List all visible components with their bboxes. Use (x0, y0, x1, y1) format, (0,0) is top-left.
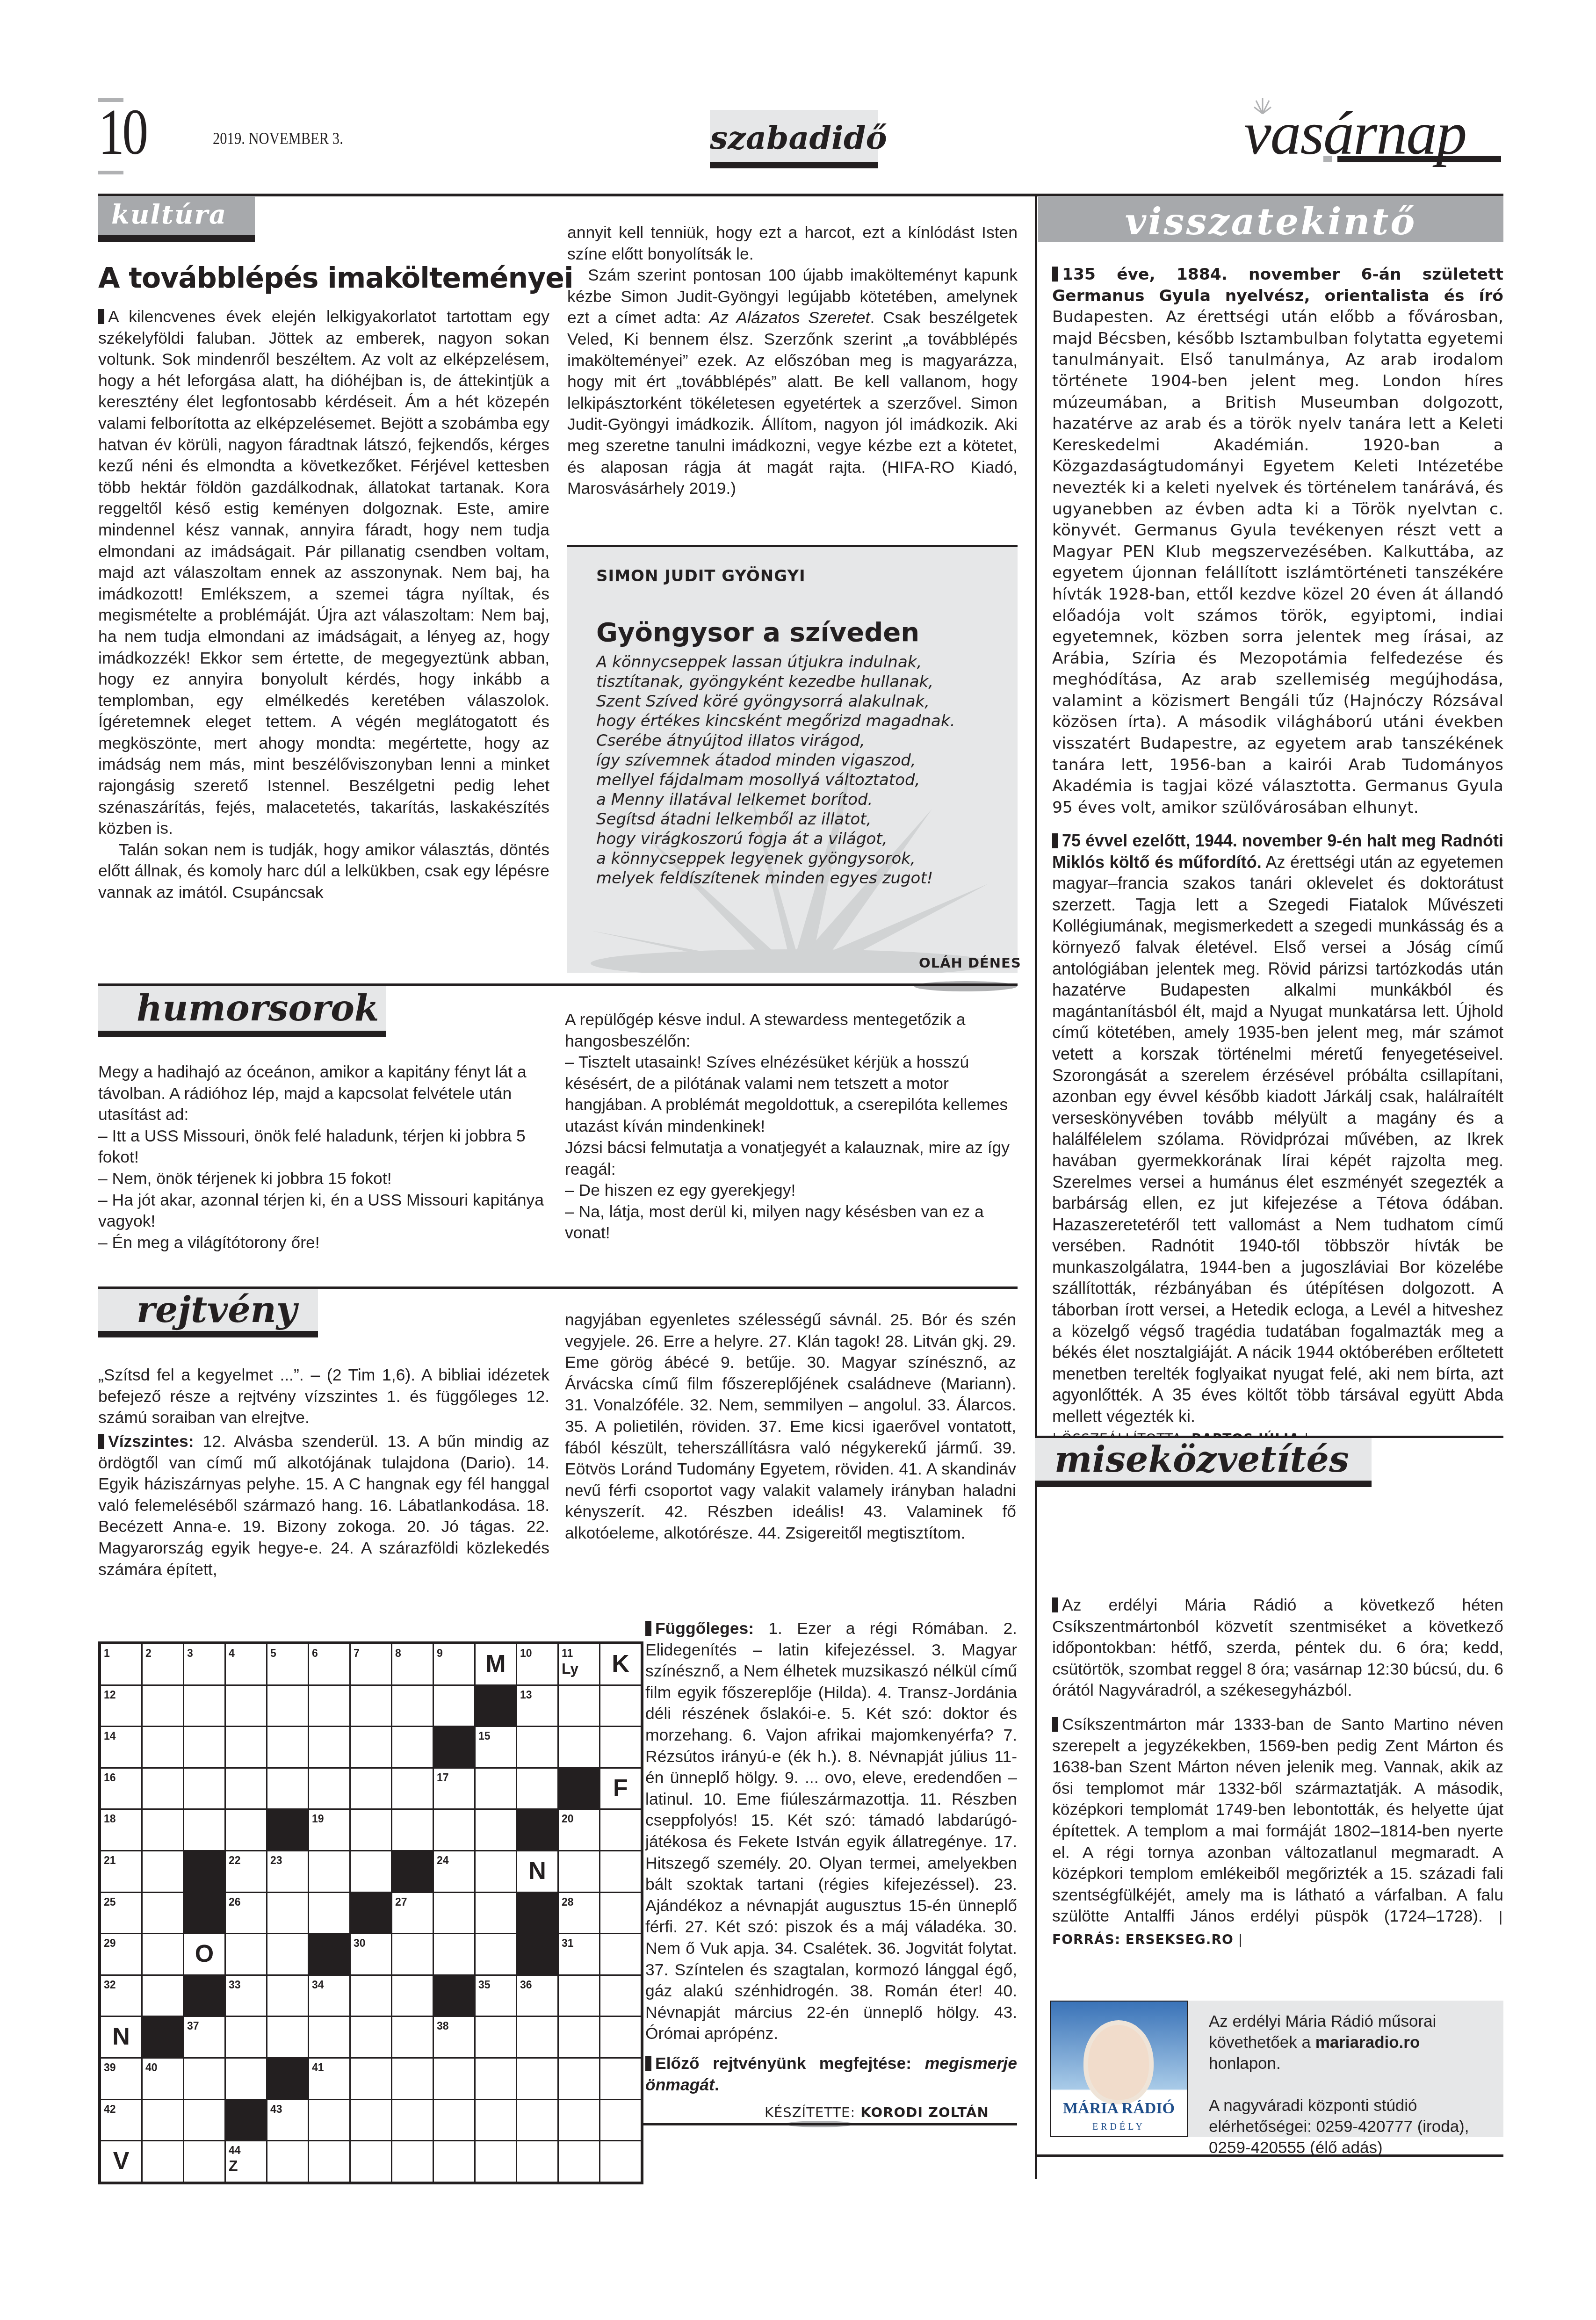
crossword-cell[interactable] (517, 2100, 557, 2140)
puzzle-across-clues-cont: nagyjában egyenletes szélességű sávnál. … (565, 1309, 1016, 1544)
crossword-cell[interactable] (184, 2141, 224, 2182)
crossword-cell[interactable] (267, 2141, 308, 2182)
crossword-cell[interactable]: 5 (267, 1644, 308, 1684)
crossword-cell[interactable] (600, 2059, 641, 2099)
crossword-cell[interactable]: 23 (267, 1851, 308, 1892)
article-paragraph: A kilencvenes évek elején lelkigyakorlat… (98, 307, 549, 838)
crossword-cell[interactable] (143, 1769, 183, 1809)
crossword-cell[interactable]: N (101, 2017, 141, 2057)
crossword-cell[interactable]: 35 (476, 1976, 516, 2016)
crossword-cell[interactable] (184, 1686, 224, 1726)
puzzle-across-clues: Vízszintes: 12. Alvásba szenderül. 13. A… (98, 1431, 549, 1580)
crossword-cell[interactable] (309, 2017, 349, 2057)
crossword-cell[interactable] (434, 1893, 474, 1933)
crossword-cell (476, 1686, 516, 1726)
crossword-cell[interactable] (559, 2100, 599, 2140)
crossword-cell[interactable]: 7 (351, 1644, 391, 1684)
crossword-cell[interactable]: 8 (392, 1644, 433, 1684)
crossword-grid[interactable]: 123456789M1011LyK121314151617F1819202122… (98, 1641, 643, 2184)
poem-line: tisztítanak, gyöngyként kezedbe hullanak… (596, 672, 955, 692)
paragraph-marker (1052, 1597, 1058, 1612)
crossword-cell[interactable] (476, 1810, 516, 1850)
crossword-cell[interactable]: 24 (434, 1851, 474, 1892)
crossword-cell[interactable] (600, 1727, 641, 1767)
down-label: Függőleges: (655, 1619, 754, 1638)
section-title: szabadidő (710, 119, 887, 157)
crossword-cell[interactable] (392, 1727, 433, 1767)
byline-ellipse (914, 981, 1017, 991)
crossword-cell[interactable]: 2 (143, 1644, 183, 1684)
crossword-cell[interactable] (267, 2017, 308, 2057)
crossword-cell[interactable] (351, 1976, 391, 2016)
crossword-cell[interactable] (184, 2059, 224, 2099)
poem-line: a könnycseppek legyenek gyöngysorok, (596, 849, 955, 868)
crossword-cell[interactable] (309, 1851, 349, 1892)
crossword-cell (517, 1893, 557, 1933)
joke-line: – Ha jót akar, azonnal térjen ki, én a U… (98, 1190, 561, 1232)
crossword-cell[interactable]: 37 (184, 2017, 224, 2057)
article-paragraph: Szám szerint pontosan 100 újabb imakölte… (567, 265, 1018, 499)
crossword-cell[interactable]: 40 (143, 2059, 183, 2099)
poem-line: hogy értékes kincsként megőrizd magadnak… (596, 711, 955, 731)
crossword-cell[interactable] (517, 2017, 557, 2057)
joke-line: – Nem, önök térjenek ki jobbra 15 fokot! (98, 1168, 561, 1190)
joke-1: Megy a hadihajó az óceánon, amikor a kap… (98, 1062, 561, 1253)
crossword-cell[interactable] (476, 2017, 516, 2057)
crossword-cell[interactable] (143, 2141, 183, 2182)
crossword-cell[interactable] (351, 1727, 391, 1767)
radio-website-link[interactable]: mariaradio.ro (1315, 2033, 1420, 2052)
crossword-cell[interactable] (476, 1934, 516, 1974)
joke-2: A repülőgép késve indul. A stewardess me… (565, 1009, 1028, 1137)
section-label-visszatekinto: visszatekintő (1038, 196, 1503, 242)
crossword-cell[interactable] (143, 1851, 183, 1892)
poem-line: hogy virágkoszorú fogja át a világot, (596, 829, 955, 849)
crossword-cell[interactable] (600, 1893, 641, 1933)
crossword-cell (143, 2017, 183, 2057)
mise-paragraph-2: Csíkszentmárton már 1333-ban de Santo Ma… (1052, 1714, 1503, 1951)
crossword-cell[interactable]: 27 (392, 1893, 433, 1933)
crossword-cell[interactable]: 28 (559, 1893, 599, 1933)
section-label-kultura: kultúra (98, 196, 255, 242)
joke-line: – Én meg a világítótorony őre! (98, 1232, 561, 1254)
crossword-cell[interactable]: 34 (309, 1976, 349, 2016)
crossword-cell[interactable] (517, 1769, 557, 1809)
poem-line: Szent Szíved köré gyöngysorrá alakulnak, (596, 692, 955, 711)
section-rule (1035, 2154, 1503, 2157)
crossword-cell[interactable] (351, 1769, 391, 1809)
crossword-cell (517, 1810, 557, 1850)
joke-line: – Itt a USS Missouri, önök felé haladunk… (98, 1126, 561, 1168)
crossword-cell[interactable] (351, 1810, 391, 1850)
paragraph-marker (1052, 833, 1058, 848)
crossword-cell[interactable]: 1 (101, 1644, 141, 1684)
crossword-cell[interactable]: 15 (476, 1727, 516, 1767)
section-label-rejtveny: rejtvény (98, 1289, 318, 1337)
crossword-cell[interactable] (392, 2141, 433, 2182)
crossword-cell[interactable] (600, 1934, 641, 1974)
poem-author: SIMON JUDIT GYÖNGYI (596, 567, 806, 585)
joke-line: Józsi bácsi felmutatja a vonatjegyét a k… (565, 1137, 1028, 1180)
crossword-cell[interactable]: 42 (101, 2100, 141, 2140)
crossword-cell[interactable] (476, 1769, 516, 1809)
crossword-cell[interactable] (392, 2017, 433, 2057)
crossword-cell[interactable] (600, 1851, 641, 1892)
joke-line: – Na, látja, most derül ki, milyen nagy … (565, 1201, 1028, 1244)
crossword-cell (351, 1893, 391, 1933)
paragraph-marker (1052, 267, 1058, 282)
crossword-cell[interactable] (600, 1976, 641, 2016)
masthead-underline (1337, 156, 1501, 162)
crossword-cell[interactable] (476, 2141, 516, 2182)
crossword-cell[interactable] (267, 1686, 308, 1726)
crossword-cell[interactable]: 13 (517, 1686, 557, 1726)
crossword-cell[interactable]: 11Ly (559, 1644, 599, 1684)
crossword-cell[interactable] (226, 1686, 266, 1726)
poem-body: A könnycseppek lassan útjukra indulnak, … (596, 652, 955, 888)
poem-line: A könnycseppek lassan útjukra indulnak, (596, 652, 955, 672)
crossword-cell[interactable] (143, 1976, 183, 2016)
crossword-cell (267, 1810, 308, 1850)
paragraph-marker (98, 1434, 104, 1449)
crossword-cell[interactable]: 41 (309, 2059, 349, 2099)
crossword-cell[interactable] (143, 1727, 183, 1767)
crossword-cell[interactable] (226, 1934, 266, 1974)
paragraph-marker (645, 2056, 651, 2071)
crossword-cell[interactable] (267, 1727, 308, 1767)
crossword-cell[interactable] (351, 2141, 391, 2182)
crossword-cell[interactable] (143, 1686, 183, 1726)
crossword-cell (184, 1851, 224, 1892)
crossword-cell[interactable] (351, 2059, 391, 2099)
crossword-cell[interactable] (143, 1810, 183, 1850)
crossword-cell[interactable]: 3 (184, 1644, 224, 1684)
crossword-cell[interactable] (184, 1727, 224, 1767)
poem-line: a Menny illatával lelkemet borítod. (596, 790, 955, 809)
crossword-cell[interactable] (267, 1934, 308, 1974)
poem-title: Gyöngysor a szíveden (596, 617, 919, 648)
crossword-cell[interactable] (559, 1976, 599, 2016)
poem-line: Segítsd átadni lelkemből az illatot, (596, 809, 955, 829)
crossword-cell[interactable]: 30 (351, 1934, 391, 1974)
article-col2: annyit kell tenniük, hogy ezt a harcot, … (567, 222, 1018, 499)
joke-line: A repülőgép késve indul. A stewardess me… (565, 1009, 1028, 1052)
crossword-cell[interactable] (476, 1851, 516, 1892)
crossword-cell[interactable]: 32 (101, 1976, 141, 2016)
crossword-cell[interactable]: 36 (517, 1976, 557, 2016)
crossword-cell[interactable] (517, 2059, 557, 2099)
crossword-cell[interactable] (226, 1810, 266, 1850)
crossword-cell[interactable]: 22 (226, 1851, 266, 1892)
joke-line: Megy a hadihajó az óceánon, amikor a kap… (98, 1062, 561, 1126)
crossword-cell[interactable]: 20 (559, 1810, 599, 1850)
crossword-cell[interactable] (309, 1893, 349, 1933)
crossword-cell[interactable]: 9 (434, 1644, 474, 1684)
crossword-cell[interactable]: 43 (267, 2100, 308, 2140)
crossword-cell[interactable]: 12 (101, 1686, 141, 1726)
crossword-cell[interactable]: N (517, 1851, 557, 1892)
crossword-cell[interactable]: 6 (309, 1644, 349, 1684)
book-title: Az Alázatos Szeretet (709, 308, 870, 327)
crossword-cell[interactable] (517, 2141, 557, 2182)
section-label-misekozvetites: miseközvetítés (1035, 1438, 1372, 1487)
crossword-cell[interactable] (143, 2100, 183, 2140)
article-col1: A kilencvenes évek elején lelkigyakorlat… (98, 306, 549, 903)
crossword-cell[interactable] (434, 1686, 474, 1726)
puzzle-down-clues: Függőleges: 1. Ezer a régi Rómában. 2. E… (645, 1618, 1017, 2045)
crossword-cell[interactable] (143, 1893, 183, 1933)
crossword-cell (226, 2100, 266, 2140)
crossword-cell[interactable] (184, 2100, 224, 2140)
issue-date: 2019. NOVEMBER 3. (213, 129, 343, 148)
crossword-cell[interactable]: 14 (101, 1727, 141, 1767)
crossword-cell[interactable]: M (476, 1644, 516, 1684)
crossword-cell[interactable] (434, 2141, 474, 2182)
article-paragraph: Talán sokan nem is tudják, hogy amikor v… (98, 839, 549, 903)
anniversary-radnoti: 75 évvel ezelőtt, 1944. november 9-én ha… (1052, 830, 1503, 1449)
joke-line: – De hiszen ez egy gyerekjegy! (565, 1180, 1028, 1201)
crossword-cell (184, 1893, 224, 1933)
crossword-cell[interactable] (476, 2059, 516, 2099)
crossword-cell[interactable] (226, 1769, 266, 1809)
maria-radio-logo: MÁRIA RÁDIÓ ERDÉLY (1050, 2001, 1188, 2137)
crossword-cell[interactable] (434, 1934, 474, 1974)
joke-3: Józsi bácsi felmutatja a vonatjegyét a k… (565, 1137, 1028, 1244)
crossword-cell[interactable] (267, 1893, 308, 1933)
crossword-cell (184, 1976, 224, 2016)
crossword-cell[interactable]: 10 (517, 1644, 557, 1684)
crossword-cell[interactable]: 38 (434, 2017, 474, 2057)
section-label-humorsorok: humorsorok (98, 986, 386, 1037)
crossword-cell (267, 2059, 308, 2099)
crossword-cell[interactable] (392, 1769, 433, 1809)
crossword-cell[interactable] (434, 2100, 474, 2140)
crossword-cell[interactable] (434, 1810, 474, 1850)
section-label-text: visszatekintő (1038, 196, 1503, 248)
crossword-cell[interactable]: 4 (226, 1644, 266, 1684)
crossword-cell[interactable]: 31 (559, 1934, 599, 1974)
crossword-cell[interactable] (600, 1810, 641, 1850)
crossword-cell[interactable] (226, 2017, 266, 2057)
page-number-bar-bottom (98, 171, 123, 174)
paragraph-marker (1052, 1717, 1058, 1732)
crossword-cell (517, 1934, 557, 1974)
crossword-cell[interactable] (559, 2141, 599, 2182)
crossword-cell[interactable] (600, 2141, 641, 2182)
paragraph-marker (645, 1621, 651, 1636)
crossword-cell[interactable]: F (600, 1769, 641, 1809)
crossword-cell[interactable] (559, 2017, 599, 2057)
section-label-text: kultúra (98, 199, 227, 230)
radio-info-text: Az erdélyi Mária Rádió műsorai követhető… (1209, 2011, 1489, 2179)
previous-solution: Előző rejtvényünk megfejtése: megismerje… (645, 2053, 1017, 2096)
crossword-cell[interactable]: 21 (101, 1851, 141, 1892)
crossword-cell (434, 1727, 474, 1767)
crossword-cell[interactable] (559, 1727, 599, 1767)
section-label-text: rejtvény (98, 1289, 318, 1331)
madonna-image (1083, 2020, 1154, 2104)
crossword-cell[interactable] (309, 1727, 349, 1767)
crossword-cell[interactable] (600, 2017, 641, 2057)
crossword-cell[interactable]: 17 (434, 1769, 474, 1809)
crossword-cell[interactable]: 29 (101, 1934, 141, 1974)
crossword-cell[interactable] (309, 2141, 349, 2182)
puzzle-intro: „Szítsd fel a kegyelmet ...”. – (2 Tim 1… (98, 1365, 549, 1429)
paragraph-marker (98, 309, 104, 324)
crossword-cell[interactable] (392, 2059, 433, 2099)
crossword-cell[interactable] (559, 1686, 599, 1726)
joke-line: – Tisztelt utasaink! Szíves elnézésüket … (565, 1052, 1028, 1137)
crossword-cell[interactable] (351, 2017, 391, 2057)
crossword-cell[interactable]: 33 (226, 1976, 266, 2016)
column-divider (1035, 196, 1037, 2179)
crossword-cell[interactable] (600, 1686, 641, 1726)
crossword-cell[interactable] (392, 1810, 433, 1850)
article-paragraph: annyit kell tenniük, hogy ezt a harcot, … (567, 222, 1018, 265)
crossword-cell[interactable]: O (184, 1934, 224, 1974)
crossword-cell[interactable] (559, 1851, 599, 1892)
masthead-accent (1323, 156, 1332, 162)
crossword-cell[interactable]: 19 (309, 1810, 349, 1850)
crossword-cell[interactable]: 39 (101, 2059, 141, 2099)
radio-contact: A nagyváradi központi stúdió elérhetőség… (1209, 2095, 1489, 2158)
crossword-cell[interactable] (392, 1934, 433, 1974)
crossword-cell[interactable] (392, 1686, 433, 1726)
puzzle-credit: KÉSZÍTETTE: KORODI ZOLTÁN (765, 2104, 989, 2120)
mise-paragraph-1: Az erdélyi Mária Rádió a következő héten… (1052, 1595, 1503, 1701)
section-label-text: miseközvetítés (1035, 1438, 1372, 1481)
crossword-cell[interactable] (559, 2059, 599, 2099)
crossword-cell (392, 1851, 433, 1892)
crossword-cell[interactable] (226, 1727, 266, 1767)
crossword-cell (309, 1934, 349, 1974)
crossword-cell[interactable]: 25 (101, 1893, 141, 1933)
crossword-cell[interactable]: 16 (101, 1769, 141, 1809)
crossword-cell[interactable] (184, 1810, 224, 1850)
crossword-cell[interactable] (267, 1976, 308, 2016)
crossword-cell[interactable] (476, 1893, 516, 1933)
across-label: Vízszintes: (108, 1432, 194, 1451)
crossword-cell[interactable] (309, 2100, 349, 2140)
crossword-cell (559, 1769, 599, 1809)
masthead[interactable]: vasárnap (1244, 103, 1466, 164)
crossword-cell[interactable]: K (600, 1644, 641, 1684)
article-byline: OLÁH DÉNES (919, 955, 1021, 971)
crossword-cell[interactable] (267, 1769, 308, 1809)
crossword-cell[interactable]: V (101, 2141, 141, 2182)
crossword-cell[interactable] (392, 2100, 433, 2140)
anniversary-germanus: 135 éve, 1884. november 6-án született G… (1052, 264, 1503, 818)
section-rule (636, 2123, 1017, 2125)
crossword-cell[interactable] (600, 2100, 641, 2140)
crossword-cell[interactable] (309, 1686, 349, 1726)
crossword-cell[interactable] (351, 1851, 391, 1892)
crossword-cell[interactable] (309, 1769, 349, 1809)
poem-line: melyek feldíszítenek minden egyes zugot! (596, 868, 955, 888)
poem-line: így szívemnek átadod minden vigaszod, (596, 751, 955, 770)
crossword-cell[interactable] (184, 1769, 224, 1809)
crossword-cell[interactable] (392, 1976, 433, 2016)
page-number: 10 (98, 102, 146, 163)
crossword-cell[interactable] (351, 2100, 391, 2140)
section-tab-szabadido[interactable]: szabadidő (710, 110, 878, 168)
crossword-cell[interactable] (476, 2100, 516, 2140)
crossword-cell[interactable] (517, 1727, 557, 1767)
crossword-cell[interactable]: 18 (101, 1810, 141, 1850)
crossword-cell (434, 1976, 474, 2016)
crossword-cell[interactable] (434, 2059, 474, 2099)
crossword-cell[interactable] (143, 1934, 183, 1974)
crossword-cell[interactable]: 44Z (226, 2141, 266, 2182)
article-title: A továbblépés imakölteményei (98, 262, 573, 295)
crossword-cell[interactable]: 26 (226, 1893, 266, 1933)
section-label-text: humorsorok (98, 986, 386, 1031)
crossword-cell[interactable] (351, 1686, 391, 1726)
poem-line: mellyel fájdalmam mosollyá változtatod, (596, 770, 955, 790)
crossword-cell[interactable] (226, 2059, 266, 2099)
poem-line: Cserébe átnyújtod illatos virágod, (596, 731, 955, 751)
